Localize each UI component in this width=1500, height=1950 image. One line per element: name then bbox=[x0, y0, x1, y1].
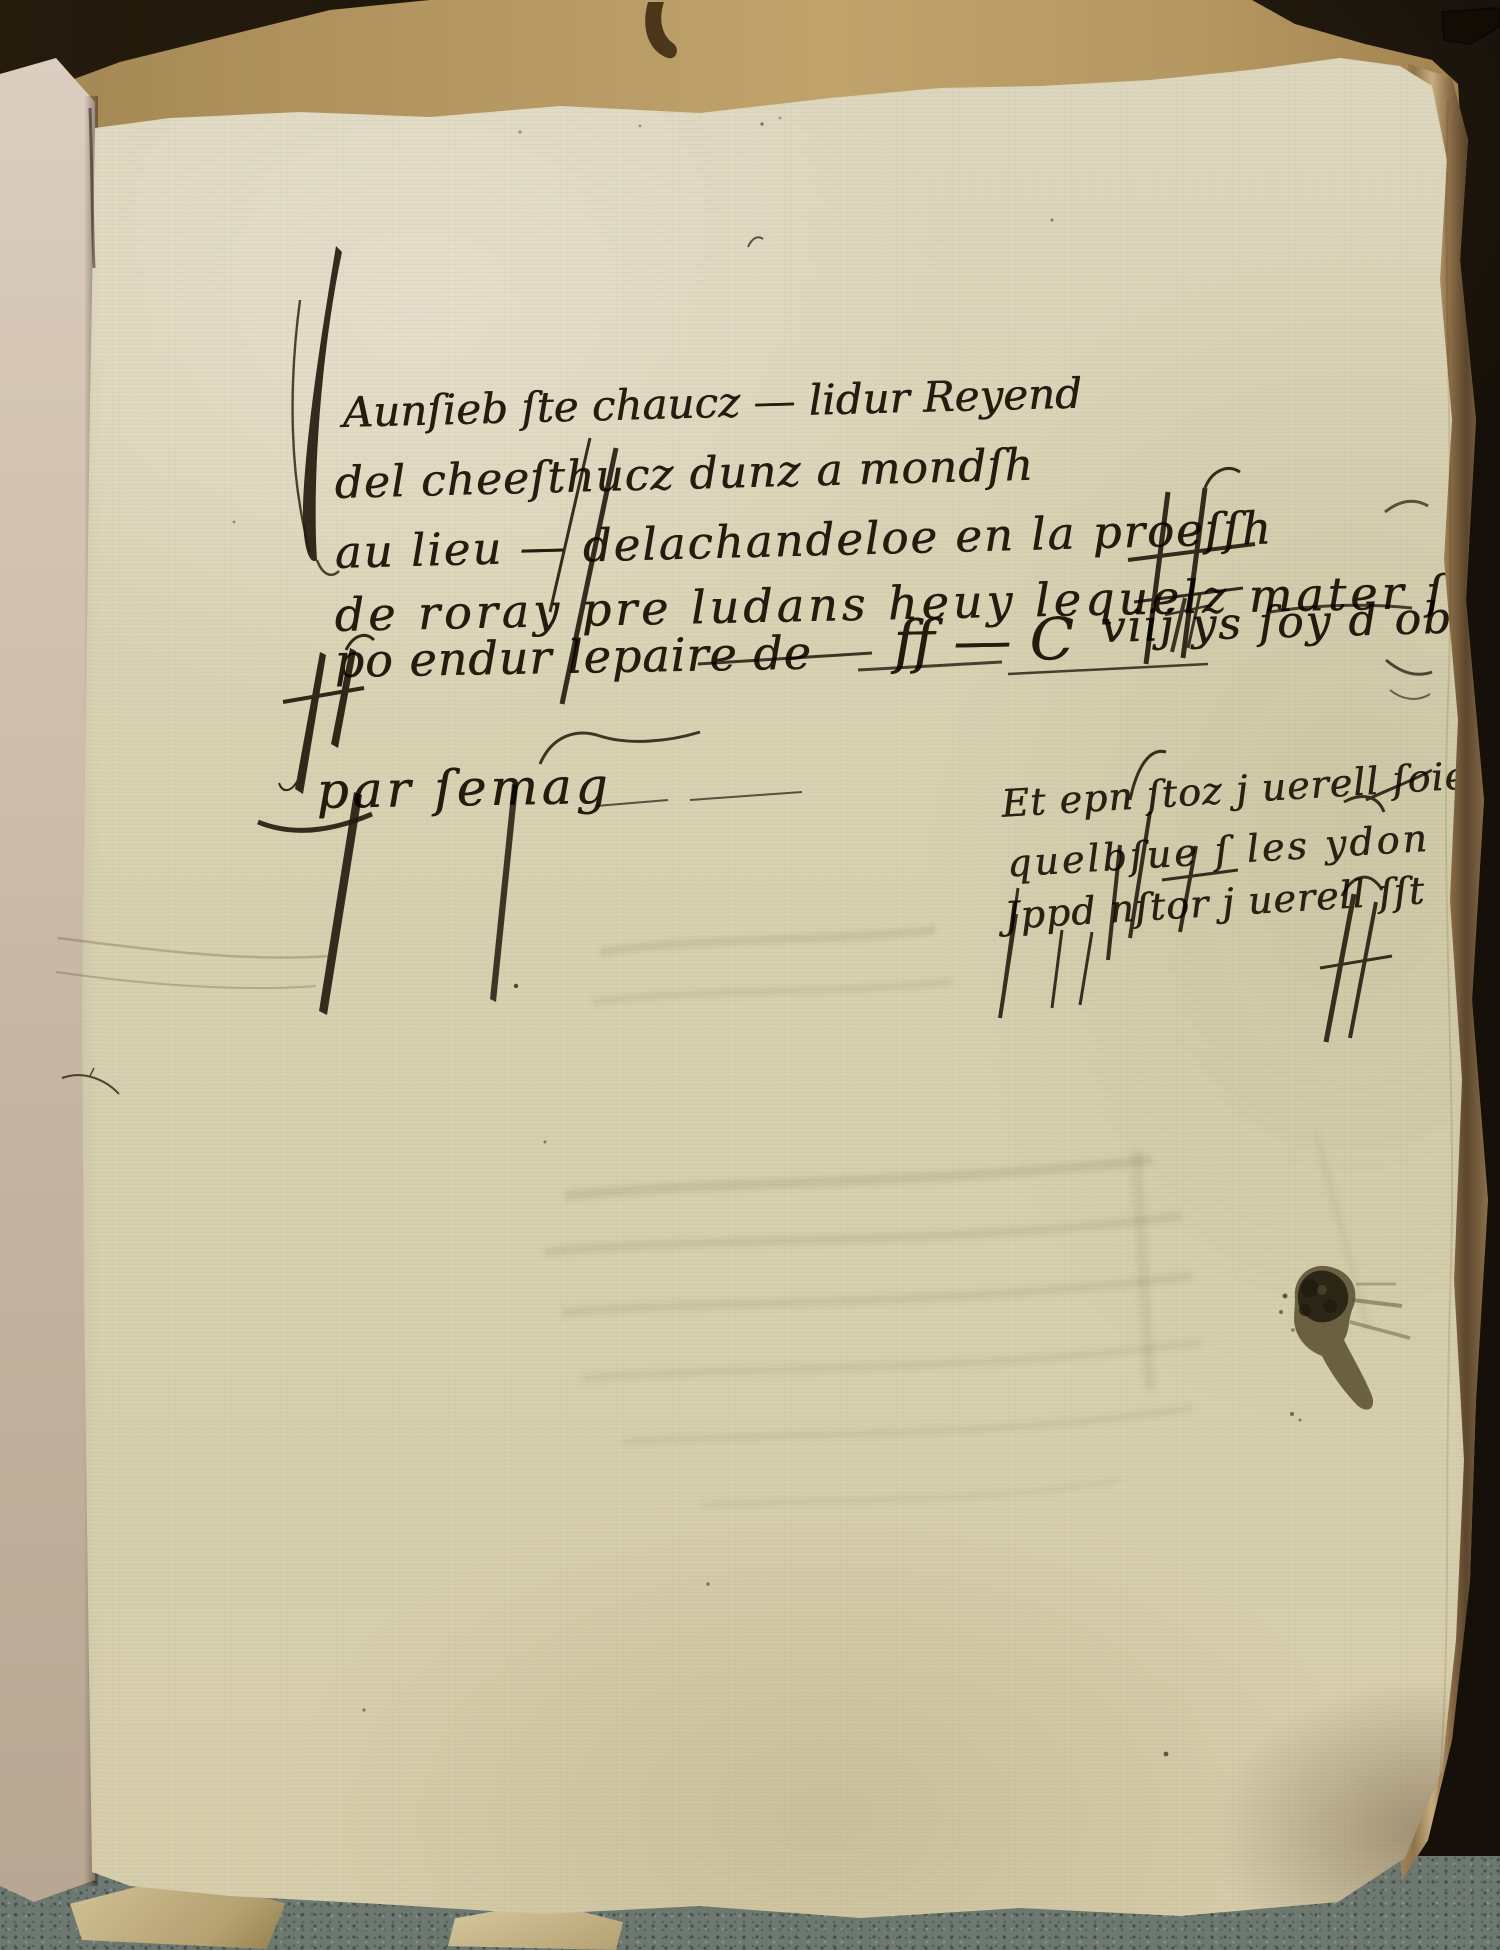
ink-blot bbox=[1279, 1266, 1410, 1410]
crossing-strokes bbox=[550, 438, 616, 704]
bleedthrough-ghost bbox=[545, 930, 1368, 1505]
paper-fibre bbox=[62, 1068, 119, 1094]
manuscript-photo: Aunſieb ſte chaucz — lidur Reyend del ch… bbox=[0, 0, 1500, 1950]
par-flourishes bbox=[258, 237, 802, 1015]
note-flourishes bbox=[1000, 751, 1432, 1042]
crease-lines bbox=[56, 100, 1452, 1800]
top-paper-curl bbox=[645, 2, 1500, 58]
opening-flourish bbox=[293, 246, 342, 575]
ruled-dashes bbox=[698, 501, 1432, 699]
paraph-ff bbox=[279, 635, 374, 794]
ink-overlay bbox=[0, 0, 1500, 1950]
